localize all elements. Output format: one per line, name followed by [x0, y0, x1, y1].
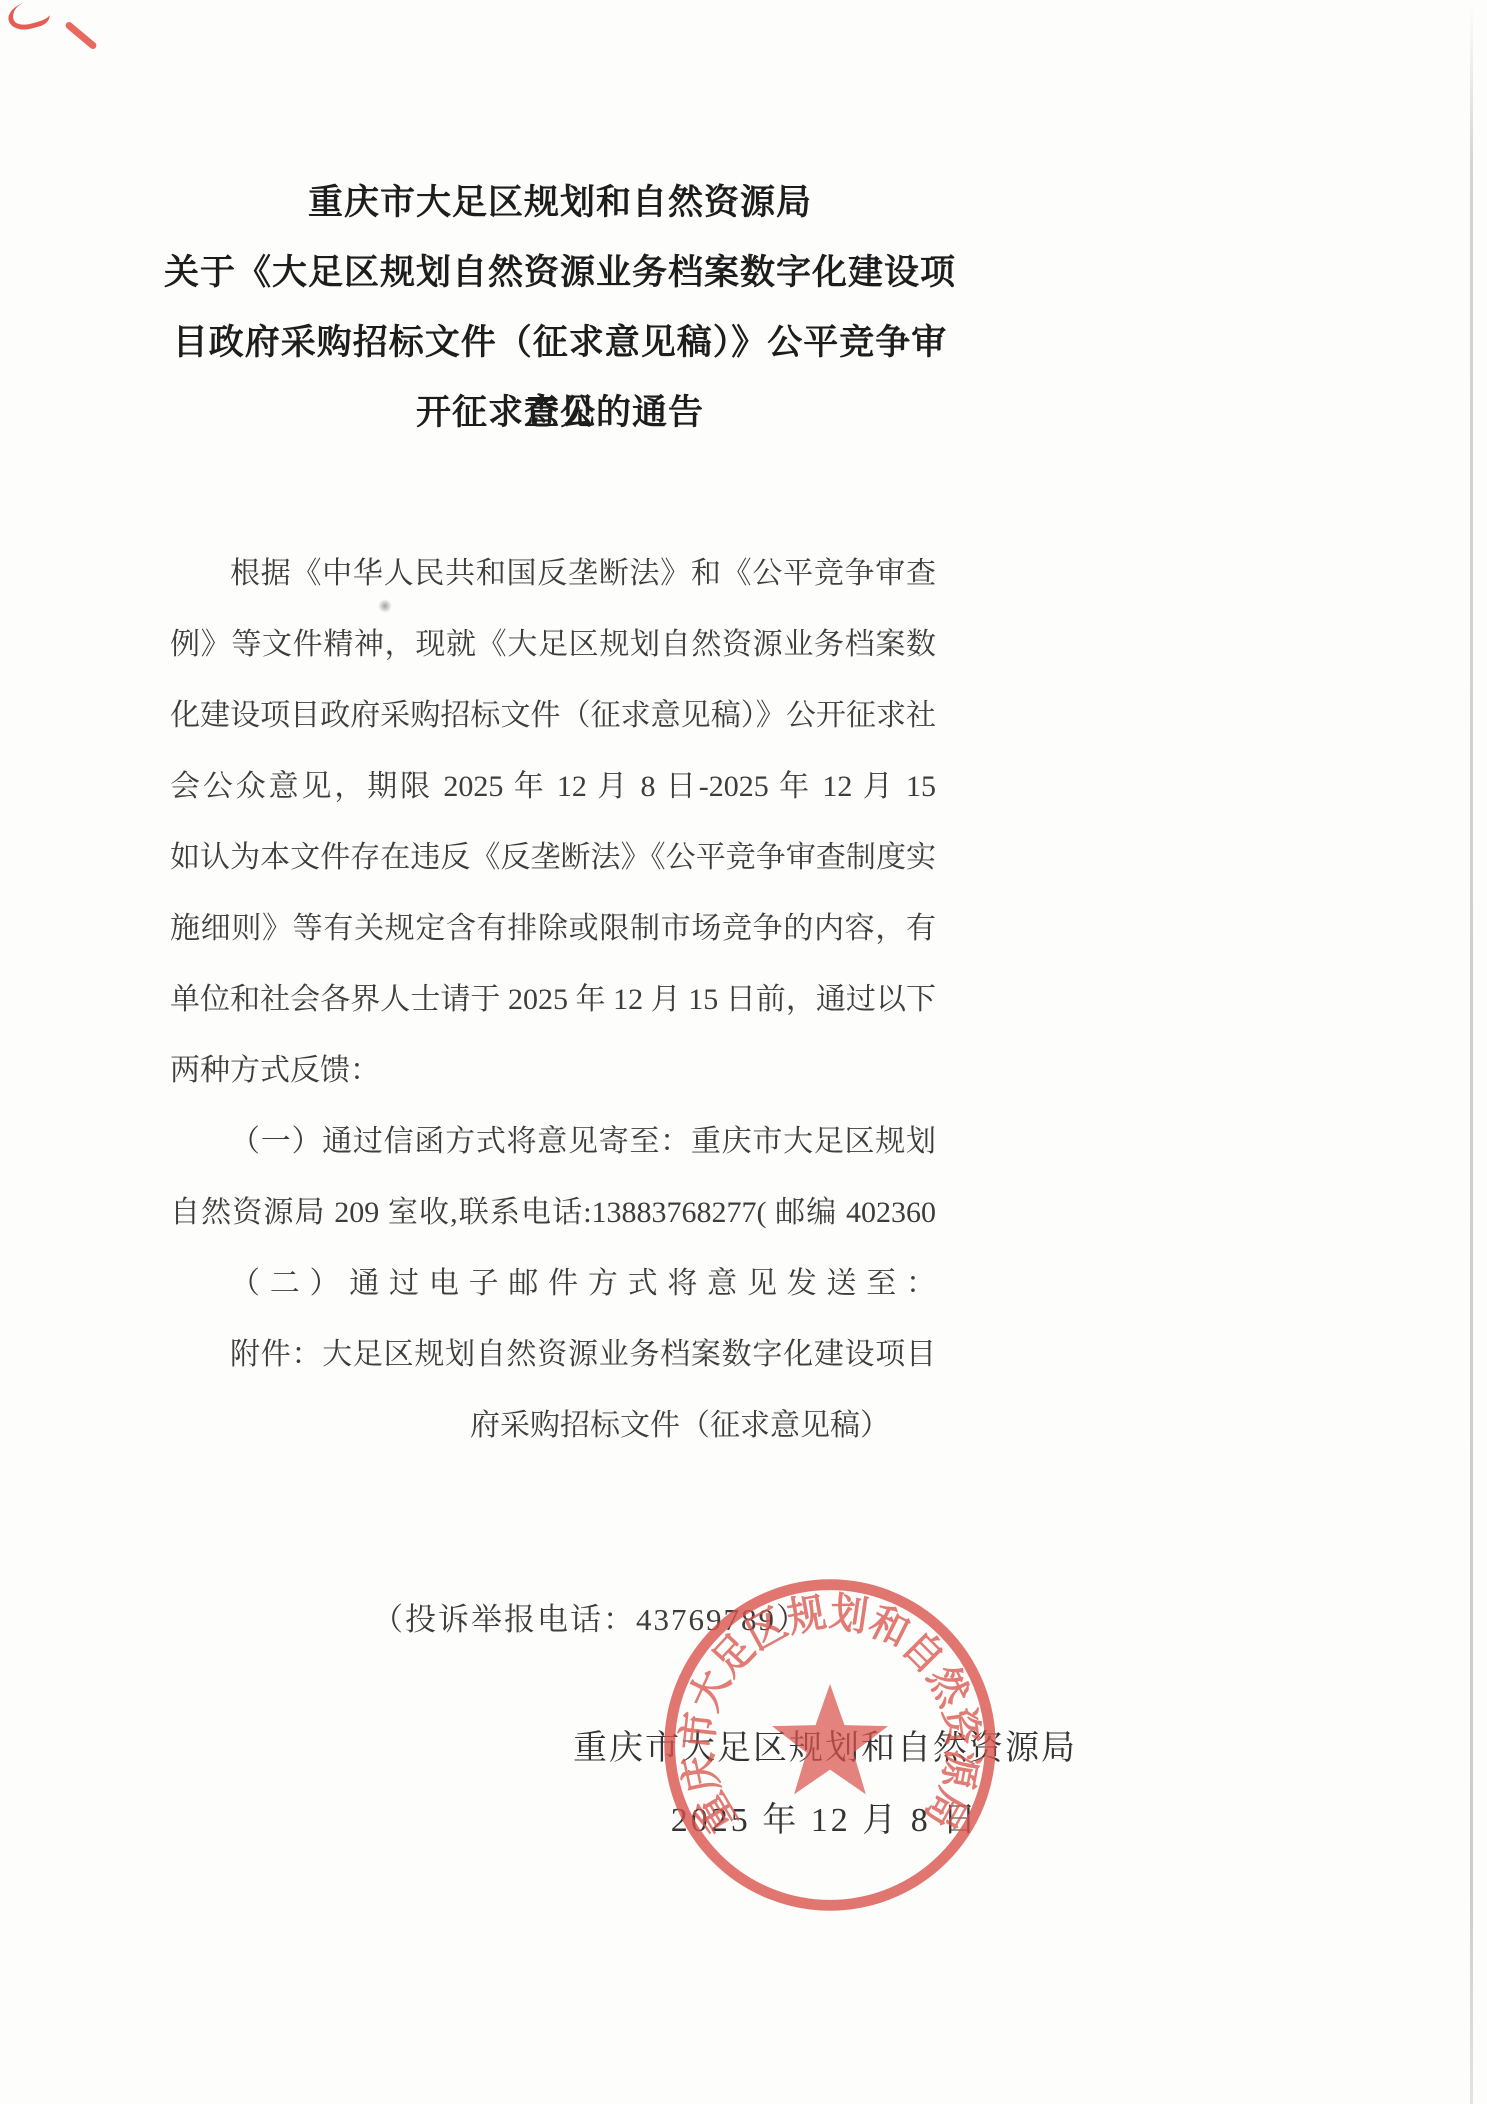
body-line: 会公众意见，期限 2025 年 12 月 8 日-2025 年 12 月 15 … [170, 751, 936, 822]
title-line: 重庆市大足区规划和自然资源局 [155, 168, 965, 238]
complaint-hotline: （投诉举报电话：43769789） [372, 1594, 809, 1639]
body-line: 附件：大足区规划自然资源业务档案数字化建设项目政 [170, 1319, 936, 1390]
body-line: 化建设项目政府采购招标文件（征求意见稿）》公开征求社 [170, 680, 936, 751]
red-pen-mark [5, 0, 52, 34]
body-line: 府采购招标文件（征求意见稿） [470, 1390, 936, 1461]
body-text: 根据《中华人民共和国反垄断法》和《公平竞争审查条 例》等文件精神，现就《大足区规… [170, 538, 936, 1461]
body-line: 自然资源局 209 室收,联系电话:13883768277( 邮编 402360… [170, 1177, 936, 1248]
body-line: 根据《中华人民共和国反垄断法》和《公平竞争审查条 [170, 538, 936, 609]
body-line: 单位和社会各界人士请于 2025 年 12 月 15 日前，通过以下 [170, 964, 936, 1035]
body-line: （一）通过信函方式将意见寄至：重庆市大足区规划和 [170, 1106, 936, 1177]
title-line: 目政府采购招标文件（征求意见稿）》公平竞争审查公 [155, 308, 965, 378]
body-line: 施细则》等有关规定含有排除或限制市场竞争的内容，有关 [170, 893, 936, 964]
signature-org: 重庆市大足区规划和自然资源局 [565, 1720, 1085, 1769]
document-title: 重庆市大足区规划和自然资源局 关于《大足区规划自然资源业务档案数字化建设项 目政… [155, 168, 965, 448]
scan-edge-artifact [1470, 0, 1473, 2104]
signature-date: 2025 年 12 月 8 日 [565, 1792, 1085, 1841]
red-pen-mark [64, 21, 98, 51]
body-line: （二）通过电子邮件方式将意见发送至：413816167@qq.com。 [170, 1248, 936, 1319]
body-line: 两种方式反馈： [170, 1035, 936, 1106]
title-line: 开征求意见的通告 [155, 378, 965, 448]
title-line: 关于《大足区规划自然资源业务档案数字化建设项 [155, 238, 965, 308]
body-line: 例》等文件精神，现就《大足区规划自然资源业务档案数字 [170, 609, 936, 680]
scanned-notice-page: 重庆市大足区规划和自然资源局 关于《大足区规划自然资源业务档案数字化建设项 目政… [0, 0, 1487, 2104]
body-line: 如认为本文件存在违反《反垄断法》《公平竞争审查制度实 [170, 822, 936, 893]
